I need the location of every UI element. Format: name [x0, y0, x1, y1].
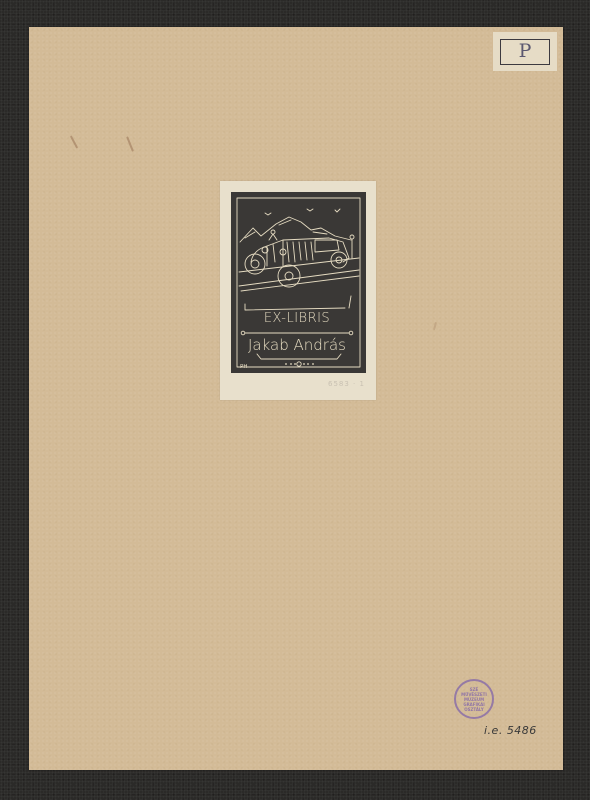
mountains [240, 217, 351, 242]
inventory-number: i.e. 5486 [484, 724, 537, 737]
wheel [245, 254, 265, 274]
corner-label-text: P [519, 42, 532, 61]
wheel [278, 265, 300, 287]
bird-icon [265, 213, 271, 215]
exlibris-heading: EX-LIBRIS [264, 311, 330, 326]
bookplate-artwork: EX-LIBRIS Jakab András PH [231, 192, 366, 373]
paper-fiber [70, 135, 78, 148]
paper-fiber [433, 322, 437, 330]
artist-monogram: PH [240, 364, 247, 370]
bird-icon [307, 209, 313, 211]
paper-fiber [126, 136, 134, 152]
pencil-note: 6583 · 1 [328, 380, 365, 388]
car-window [315, 240, 339, 252]
archival-sheet: P [29, 27, 563, 770]
owner-name: Jakab András [248, 336, 346, 354]
corner-label-frame: P [500, 39, 550, 65]
museum-stamp: SZÉ MŰVÉSZETI MÚZEUM GRAFIKAI OSZTÁLY [454, 679, 494, 719]
stamp-line: OSZTÁLY [464, 707, 484, 712]
ornament-rule [257, 354, 341, 359]
corner-label: P [493, 32, 557, 71]
bookplate-card: EX-LIBRIS Jakab András PH 6583 · 1 [220, 181, 376, 400]
bookplate-print: EX-LIBRIS Jakab András PH [231, 192, 366, 373]
bird-icon [335, 209, 340, 212]
